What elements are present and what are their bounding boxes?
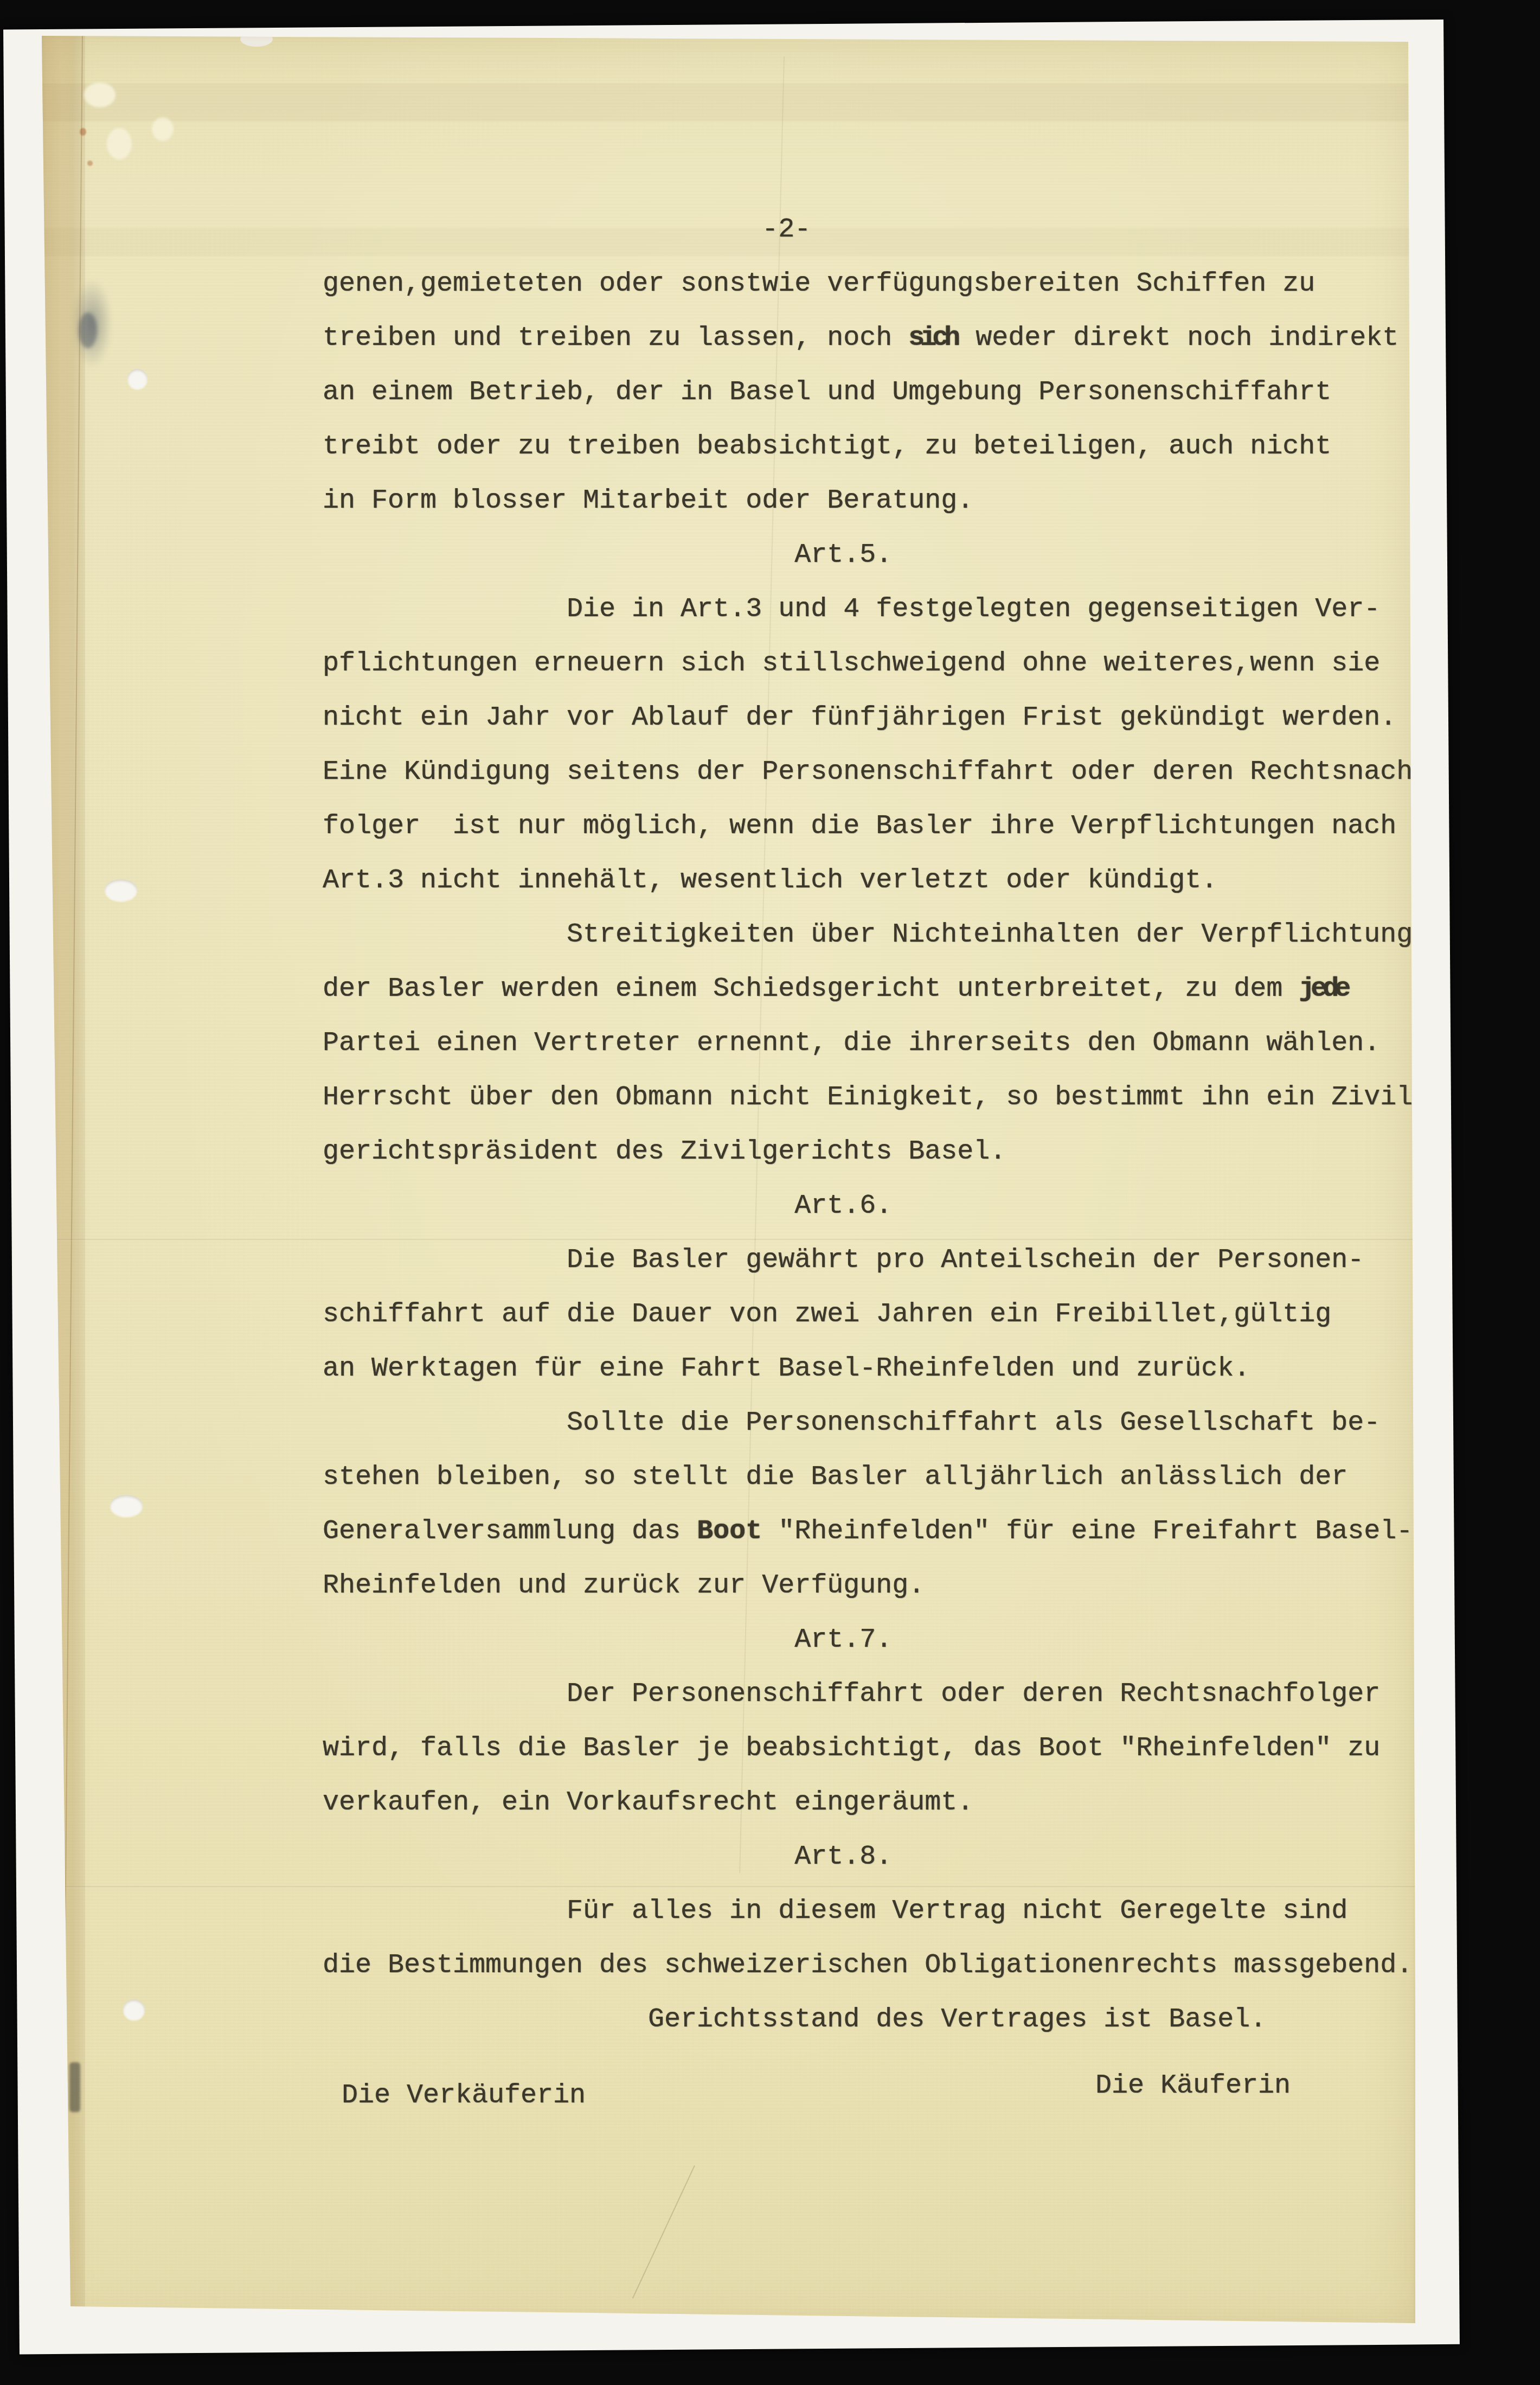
paper-edge-shading: [41, 35, 1415, 2329]
typewritten-page: -2-genen,gemieteten oder sonstwie verfüg…: [41, 35, 1415, 2329]
scanned-document-page: -2-genen,gemieteten oder sonstwie verfüg…: [0, 0, 1540, 2385]
